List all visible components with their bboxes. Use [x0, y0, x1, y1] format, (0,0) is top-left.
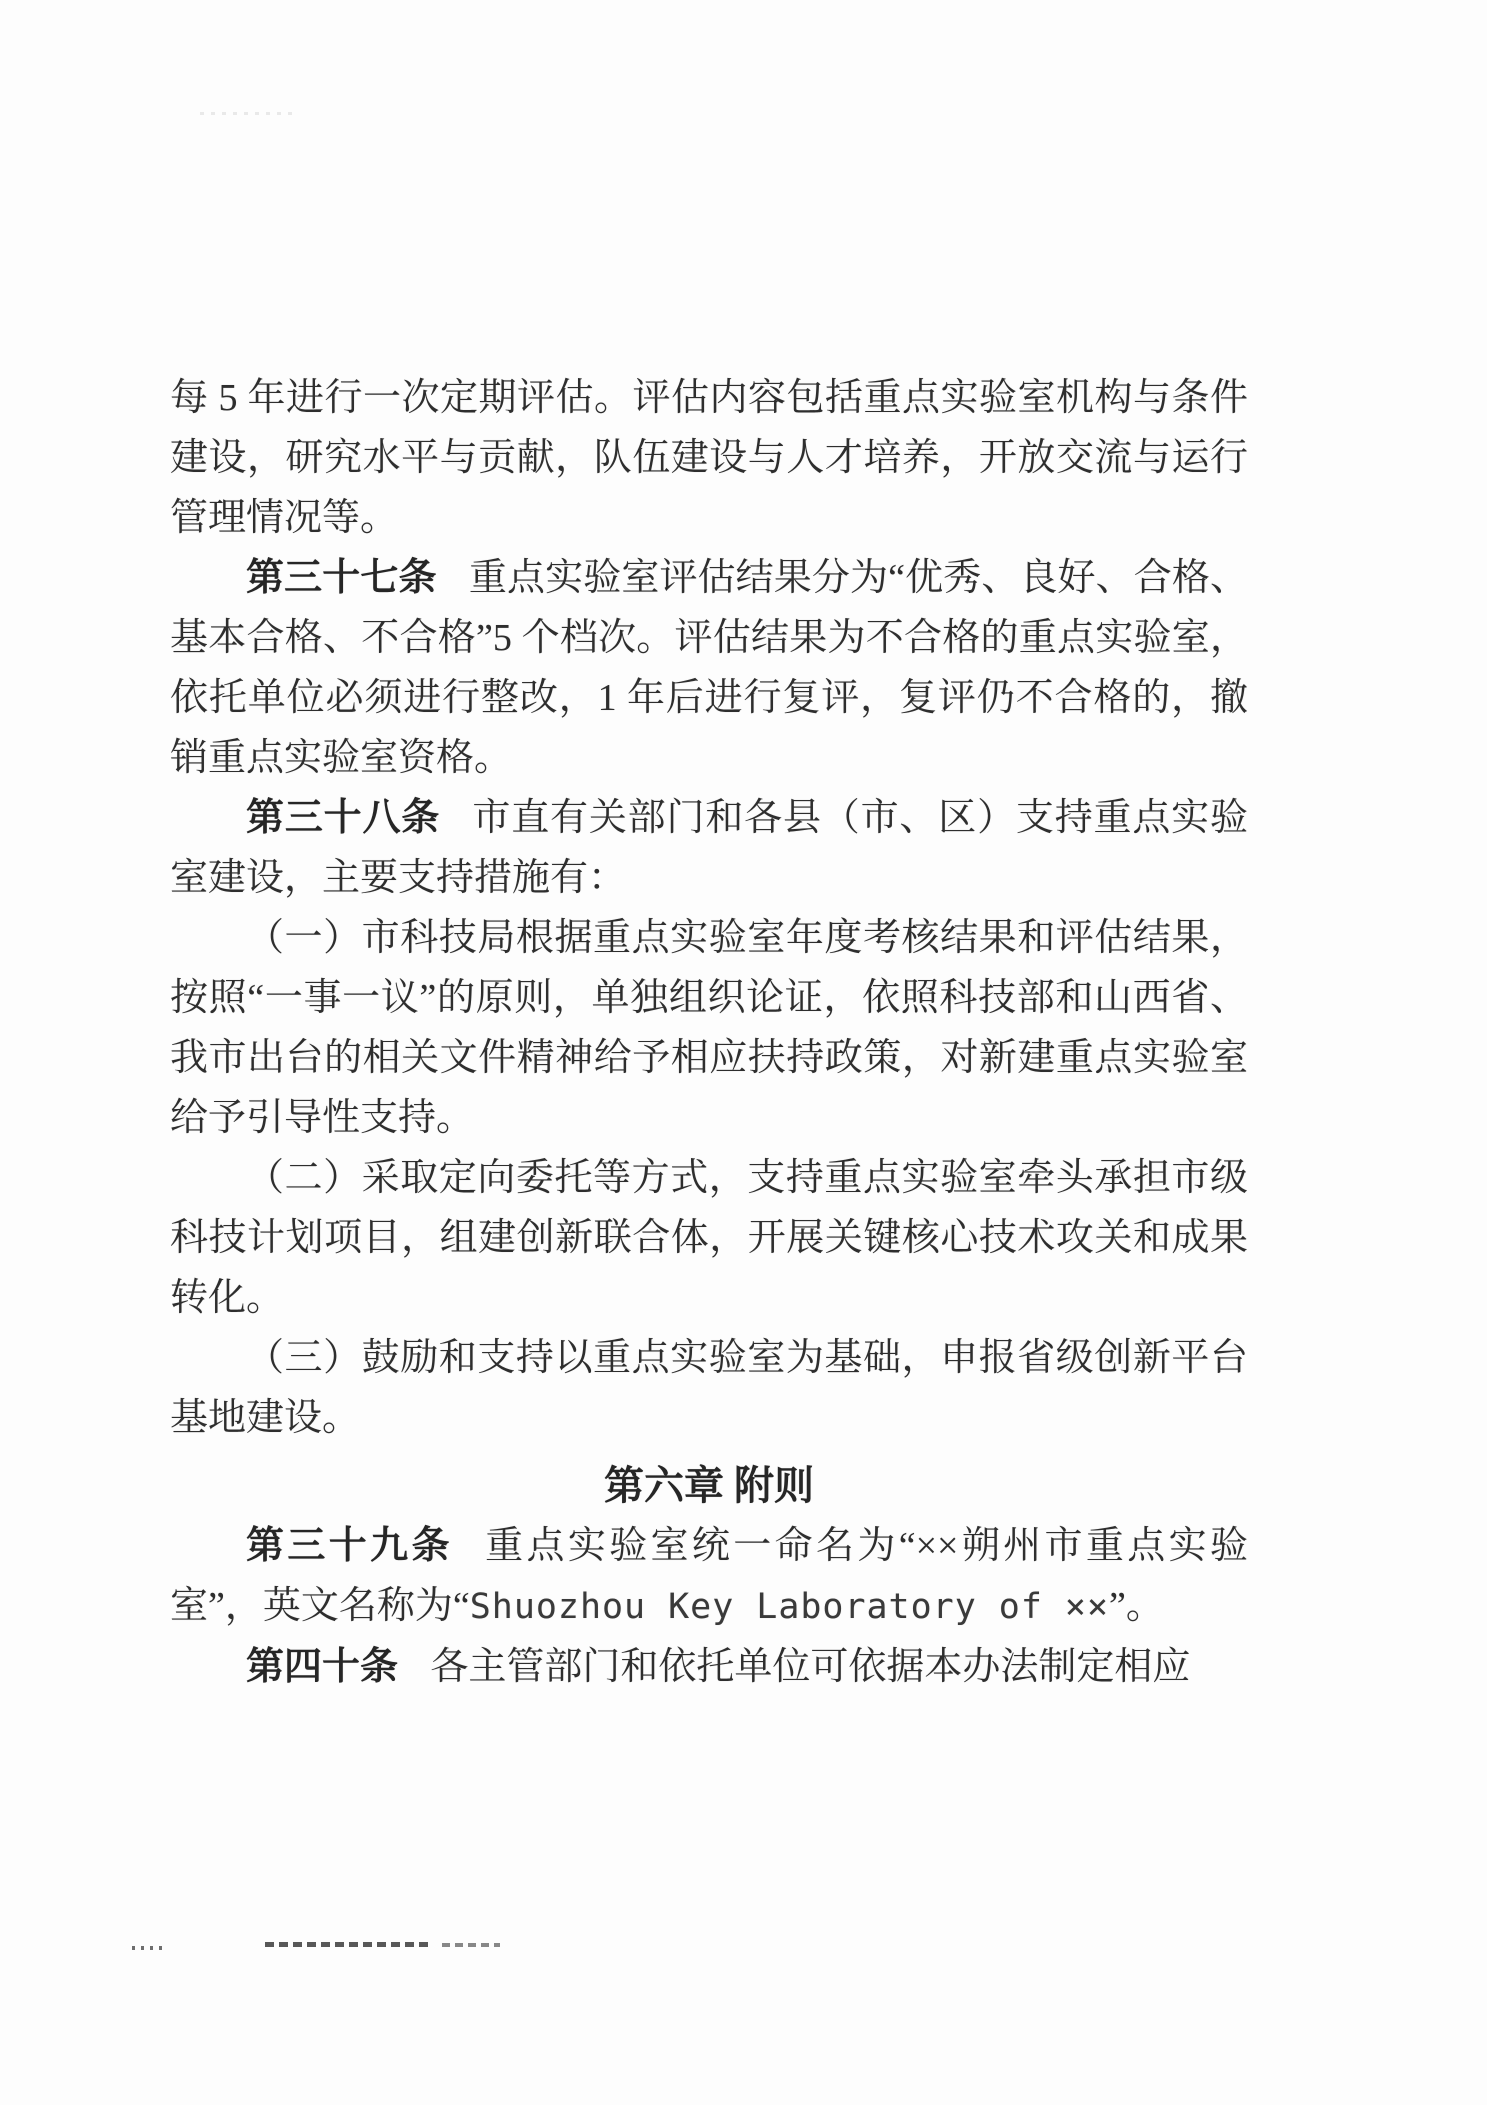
measure-item-1-text: （一）市科技局根据重点实验室年度考核结果和评估结果，按照“一事一议”的原则，单独… [170, 917, 1248, 1139]
measure-item-1: （一）市科技局根据重点实验室年度考核结果和评估结果，按照“一事一议”的原则，单独… [170, 908, 1248, 1148]
article-37-label: 第三十七条 [246, 557, 469, 599]
paragraph-continuation-text: 每 5 年进行一次定期评估。评估内容包括重点实验室机构与条件建设，研究水平与贡献… [170, 377, 1248, 539]
article-39-text-after-english: ”。 [1109, 1585, 1164, 1627]
scan-artifact-top [200, 112, 295, 115]
article-39-label: 第三十九条 [246, 1525, 485, 1567]
scan-artifact-bottom-dash-1 [265, 1942, 433, 1947]
article-38-label: 第三十八条 [246, 797, 472, 839]
article-40-label: 第四十条 [246, 1646, 430, 1688]
article-37: 第三十七条重点实验室评估结果分为“优秀、良好、合格、基本合格、不合格”5 个档次… [170, 548, 1248, 788]
article-38: 第三十八条市直有关部门和各县（市、区）支持重点实验室建设，主要支持措施有： [170, 788, 1248, 908]
measure-item-2-text: （二）采取定向委托等方式，支持重点实验室牵头承担市级科技计划项目，组建创新联合体… [170, 1157, 1248, 1319]
measure-item-2: （二）采取定向委托等方式，支持重点实验室牵头承担市级科技计划项目，组建创新联合体… [170, 1148, 1248, 1328]
document-page: 每 5 年进行一次定期评估。评估内容包括重点实验室机构与条件建设，研究水平与贡献… [0, 0, 1487, 2105]
measure-item-3: （三）鼓励和支持以重点实验室为基础，申报省级创新平台基地建设。 [170, 1328, 1248, 1448]
scan-artifact-bottom-dash-2 [442, 1943, 500, 1947]
article-40: 第四十条各主管部门和依托单位可依据本办法制定相应 [170, 1637, 1248, 1697]
paragraph-continuation: 每 5 年进行一次定期评估。评估内容包括重点实验室机构与条件建设，研究水平与贡献… [170, 368, 1248, 548]
page-content: 每 5 年进行一次定期评估。评估内容包括重点实验室机构与条件建设，研究水平与贡献… [170, 368, 1248, 1697]
measure-item-3-text: （三）鼓励和支持以重点实验室为基础，申报省级创新平台基地建设。 [170, 1337, 1248, 1439]
article-39-english-name: Shuozhou Key Laboratory of ×× [470, 1587, 1109, 1627]
article-39: 第三十九条重点实验室统一命名为“××朔州市重点实验室”，英文名称为“Shuozh… [170, 1516, 1248, 1637]
chapter-heading: 第六章 附则 [170, 1456, 1248, 1516]
scan-artifact-bottom-dots [132, 1946, 168, 1950]
article-40-text: 各主管部门和依托单位可依据本办法制定相应 [430, 1646, 1190, 1688]
